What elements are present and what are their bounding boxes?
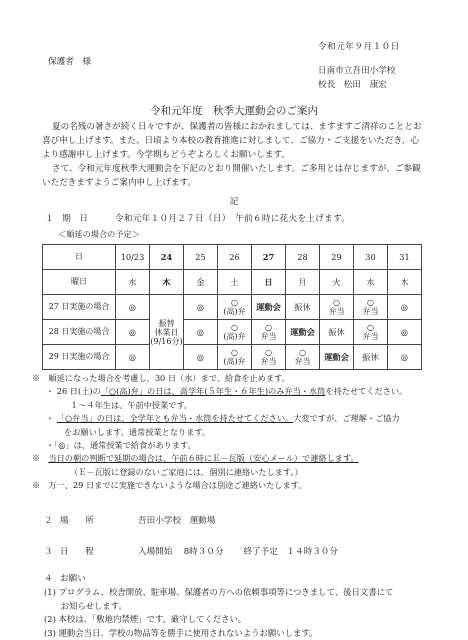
cell-text: 弁当 — [286, 357, 319, 366]
table-row-dates: 日 10/23 24 25 26 27 28 29 30 31 — [43, 245, 422, 270]
addressee: 保護者 様 — [48, 55, 91, 67]
table-row: 29 日実施の場合 ◎ ◎ ○(高)弁 ○弁当 ○弁当 運動会 振休 ◎ — [43, 345, 422, 370]
cell: ○(高)弁 — [218, 295, 252, 320]
cell: ○弁当 — [286, 345, 320, 370]
weekday-cell: 日 — [252, 270, 286, 295]
school-name: 日南市立吾田小学校 — [318, 64, 395, 76]
cell: ○弁当 — [252, 320, 286, 345]
intro-paragraph-2: さて、令和元年度秋季大運動会を下記のとおり開催いたします。ご多用とは存じますが、… — [42, 162, 422, 190]
cell: ◎ — [184, 295, 218, 320]
cell: ○(高)弁 — [218, 320, 252, 345]
cell: ◎ — [388, 345, 422, 370]
cell: ○弁当 — [252, 345, 286, 370]
section-3-schedule: ３日 程入場開始 8時３０分 終了予定 １４時３０分 — [44, 545, 338, 557]
weekday-cell: 月 — [286, 270, 320, 295]
date-cell: 24 — [150, 245, 184, 270]
list-item: (2) 本校は、「敷地内禁煙」です。厳守してください。 — [44, 613, 454, 627]
section-4-requests: ４お願い — [44, 572, 86, 584]
section-1-value: 令和元年１０月２７日（日） 午前６時に花火を上げます。 — [115, 214, 350, 224]
row-header: 曜日 — [43, 270, 116, 295]
cell-text: (高)弁 — [218, 332, 251, 341]
circle-mark: ○ — [354, 298, 387, 307]
date-cell: 27 — [252, 245, 286, 270]
table-row: 28 日実施の場合 ◎ ◎ ○(高)弁 ○弁当 運動会 振休 ○弁当 ◎ — [43, 320, 422, 345]
cell: ◎ — [116, 320, 150, 345]
document-title: 令和元年度 秋季大運動会のご案内 — [0, 103, 468, 118]
circle-mark: ○ — [218, 348, 251, 357]
date-cell: 25 — [184, 245, 218, 270]
circle-mark: ○ — [320, 298, 353, 307]
cell: 運動会 — [252, 295, 286, 320]
cell: ◎ — [116, 345, 150, 370]
circle-mark: ○ — [354, 323, 387, 332]
cell: ○弁当 — [320, 295, 354, 320]
cell: ◎ — [184, 320, 218, 345]
section-value: 入場開始 8時３０分 終了予定 １４時３０分 — [138, 547, 338, 557]
list-item: (1) プログラム、校舎開放、駐車場、保護者の方への依頼事項等につきまして、後日… — [44, 586, 454, 600]
cell-text: 弁当 — [252, 357, 285, 366]
list-item: お知らせします。 — [44, 600, 454, 614]
ki-heading: 記 — [0, 195, 468, 207]
section-number: ２ — [44, 514, 60, 526]
date-cell: 31 — [388, 245, 422, 270]
cell: 振休 — [286, 295, 320, 320]
cell: ○弁当 — [354, 320, 388, 345]
substitute-holiday-line: 振替 — [150, 319, 183, 328]
date-cell: 28 — [286, 245, 320, 270]
cell: ◎ — [388, 295, 422, 320]
cell: ◎ — [116, 295, 150, 320]
circle-mark: ○ — [218, 323, 251, 332]
cell: ○(高)弁 — [218, 345, 252, 370]
circle-mark: ○ — [286, 348, 319, 357]
bullet-high-grade-lunch: ・ 26 日(土)の「○(高)弁」の日は、高学年(５年生・６年生)のみ弁当・水筒… — [32, 385, 462, 398]
date-cell: 26 — [218, 245, 252, 270]
circle-mark: ○ — [218, 298, 251, 307]
cell-text: 弁当 — [354, 307, 387, 316]
weekday-cell: 水 — [354, 270, 388, 295]
weekday-cell: 火 — [320, 270, 354, 295]
cell: ○弁当 — [354, 295, 388, 320]
section-1-date: １ 期 日令和元年１０月２７日（日） 午前６時に花火を上げます。 — [45, 212, 350, 224]
cell: 振休 — [320, 320, 354, 345]
note-continuation: （Ｅ－瓦版に登録のないご家庭には、個別に連絡いたします。） — [32, 466, 462, 479]
row-header: 27 日実施の場合 — [43, 295, 116, 320]
cell: 運動会 — [286, 320, 320, 345]
weekday-cell: 木 — [388, 270, 422, 295]
cell-text: 弁当 — [354, 332, 387, 341]
date-cell: 30 — [354, 245, 388, 270]
table-row: 27 日実施の場合 ◎ 振替 休業日 (9/16分) ◎ ○(高)弁 運動会 振… — [43, 295, 422, 320]
weekday-cell: 土 — [218, 270, 252, 295]
bullet-normal-lunch: ・「◎」は、通常授業で給食があります。 — [32, 439, 462, 452]
intro-paragraph-1: 夏の名残の暑さが続く日々ですが、保護者の皆様におかれましては、ますますご清祥のこ… — [42, 120, 422, 162]
note-alternative: ※ 万一、29 日までに実施できないような場合は別途ご連絡いたします。 — [32, 479, 462, 492]
substitute-holiday-line: (9/16分) — [150, 337, 183, 346]
substitute-holiday-line: 休業日 — [150, 328, 183, 337]
postpone-schedule-table: 日 10/23 24 25 26 27 28 29 30 31 曜日 水 木 金… — [42, 244, 422, 370]
bullet-text: を持たせてください。 — [325, 386, 407, 396]
requests-list: (1) プログラム、校舎開放、駐車場、保護者の方への依頼事項等につきまして、後日… — [44, 586, 454, 640]
circle-mark: ○ — [252, 323, 285, 332]
row-header: 28 日実施の場合 — [43, 320, 116, 345]
cell-text: 弁当 — [320, 307, 353, 316]
notes-block: ※ 順延になった場合を考慮し、30 日（水）まで、給食を止めます。 ・ 26 日… — [32, 372, 462, 493]
section-1-number: １ — [45, 214, 54, 224]
bullet-text: 大変ですが、ご理解・ご協力 — [293, 413, 399, 423]
circle-mark: ○ — [252, 348, 285, 357]
cell: ◎ — [388, 320, 422, 345]
cell-text: (高)弁 — [218, 307, 251, 316]
list-item: (3) 運動会当日、学校の物品等を勝手に使用されないようお願いします。 — [44, 627, 454, 640]
cell: ◎ — [184, 345, 218, 370]
section-label: お願い — [60, 574, 86, 584]
cell: 振休 — [354, 345, 388, 370]
weekday-cell: 木 — [150, 270, 184, 295]
section-number: ３ — [44, 545, 60, 557]
row-header: 29 日実施の場合 — [43, 345, 116, 370]
bullet-text: ・ 26 日(土)の — [46, 386, 101, 396]
table-row-weekdays: 曜日 水 木 金 土 日 月 火 水 木 — [43, 270, 422, 295]
section-number: ４ — [44, 572, 60, 584]
section-label: 場 所 — [60, 514, 138, 526]
underlined-text: 当日の朝の判断で延期の場合は、午前６時にＥ－瓦版（安心メール）で連絡します。 — [48, 453, 358, 463]
section-2-place: ２場 所吾田小学校 運動場 — [44, 514, 215, 526]
bullet-all-grade-lunch: ・ 「○弁当」の日は、全学年とも弁当・水筒を持たせてください。大変ですが、ご理解… — [32, 412, 462, 425]
bullet-text: ・ — [46, 413, 57, 423]
underlined-text: 「○弁当」の日は、全学年とも弁当・水筒を持たせてください。 — [57, 413, 293, 423]
section-label: 日 程 — [60, 545, 138, 557]
bullet-continuation: をお願いします。通常授業となります。 — [32, 426, 462, 439]
note-postpone-contact: ※ 当日の朝の判断で延期の場合は、午前６時にＥ－瓦版（安心メール）で連絡します。 — [32, 452, 462, 465]
cell-text: (高)弁 — [218, 357, 251, 366]
principal-name: 校長 松田 康宏 — [318, 78, 387, 90]
date-cell: 29 — [320, 245, 354, 270]
document-date: 令和元年９月１０日 — [318, 40, 400, 52]
note-mark: ※ — [32, 453, 48, 463]
postpone-heading: ＜順延の場合の予定＞ — [58, 229, 140, 240]
underlined-text: 「○(高)弁」の日は、高学年(５年生・６年生)のみ弁当・水筒 — [101, 386, 326, 396]
section-value: 吾田小学校 運動場 — [138, 516, 215, 526]
weekday-cell: 水 — [116, 270, 150, 295]
cell-text: 弁当 — [252, 332, 285, 341]
weekday-cell: 金 — [184, 270, 218, 295]
substitute-holiday-cell: 振替 休業日 (9/16分) — [150, 295, 184, 370]
bullet-continuation: １～４年生は、午前中授業です。 — [32, 399, 462, 412]
section-1-label-text: 期 日 — [62, 214, 88, 224]
section-1-label: １ 期 日 — [45, 212, 115, 224]
row-header: 日 — [43, 245, 116, 270]
cell: 運動会 — [320, 345, 354, 370]
note-lunch-stop: ※ 順延になった場合を考慮し、30 日（水）まで、給食を止めます。 — [32, 372, 462, 385]
date-cell: 10/23 — [116, 245, 150, 270]
